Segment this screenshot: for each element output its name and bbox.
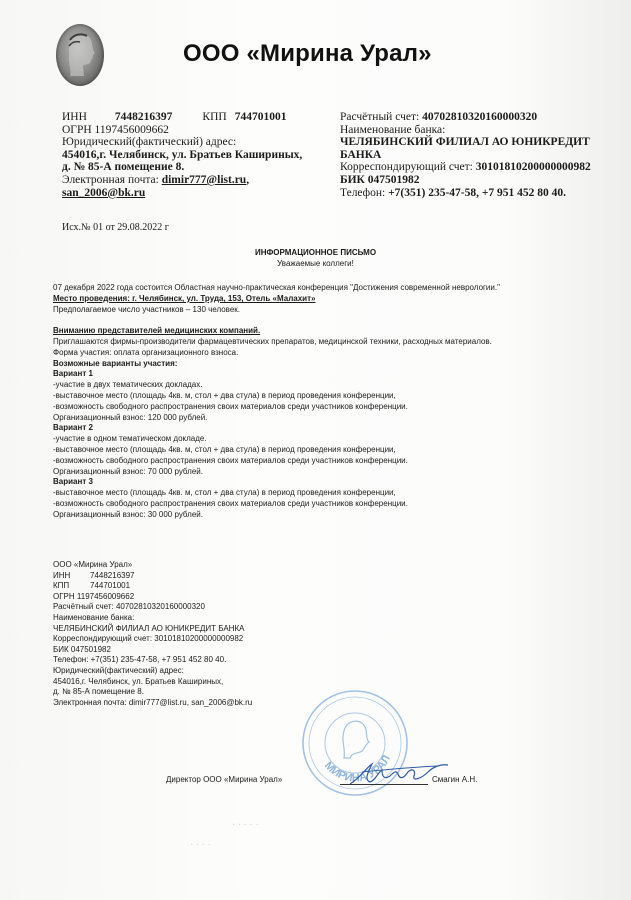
- inn-value: 7448216397: [115, 111, 173, 123]
- greeting: Уважаемые коллеги!: [0, 259, 631, 268]
- ogrn: ОГРН 1197456009662: [62, 124, 302, 137]
- email-separator: ,: [246, 174, 249, 186]
- address-line-2: д. № 85-А помещение 8.: [62, 161, 302, 174]
- req-inn-value: 7448216397: [90, 571, 135, 580]
- req-phone: Телефон: +7(351) 235-47-58, +7 951 452 8…: [53, 655, 252, 666]
- bik: БИК 047501982: [340, 174, 591, 187]
- director-title: Директор ООО «Мирина Урал»: [166, 775, 282, 784]
- options-title: Возможные варианты участия:: [53, 359, 613, 370]
- company-title: ООО «Мирина Урал»: [183, 40, 432, 68]
- email-label: Электронная почта:: [62, 174, 162, 186]
- req-inn-label: ИНН: [53, 571, 90, 582]
- option-2: Вариант 2 -участие в одном тематическом …: [53, 423, 613, 477]
- address-label: Юридический(фактический) адрес:: [62, 136, 302, 149]
- attention-heading: Вниманию представителей медицинских комп…: [53, 326, 613, 337]
- req-bank-label: Наименование банка:: [53, 613, 252, 624]
- kpp-label: КПП: [202, 111, 226, 123]
- option-item: -возможность свободного распространения …: [53, 499, 613, 510]
- option-1: Вариант 1 -участие в двух тематических д…: [53, 369, 613, 423]
- option-item: -выставочное место (площадь 4кв. м, стол…: [53, 488, 613, 499]
- venue: Место проведения: г. Челябинск, ул. Труд…: [53, 294, 613, 305]
- req-corr: Корреспондирующий счет: 3010181020000000…: [53, 634, 252, 645]
- option-item: -выставочное место (площадь 4кв. м, стол…: [53, 445, 613, 456]
- director-name: Смагин А.Н.: [432, 775, 477, 784]
- phone-label: Телефон:: [340, 187, 388, 199]
- req-address-line-1: 454016,г. Челябинск, ул. Братьев Каширин…: [53, 677, 252, 688]
- kpp-value: 744701001: [235, 111, 287, 123]
- letter-body: 07 декабря 2022 года состоится Областная…: [53, 283, 613, 521]
- option-fee: Организационный взнос: 70 000 рублей.: [53, 467, 613, 478]
- bank-name-line-2: БАНКА: [340, 149, 591, 162]
- email-link-1[interactable]: dimir777@list.ru: [162, 174, 247, 186]
- phone-value: +7(351) 235-47-58, +7 951 452 80 40.: [388, 187, 566, 199]
- option-item: -участие в двух тематических докладах.: [53, 380, 613, 391]
- option-fee: Организационный взнос: 120 000 рублей.: [53, 413, 613, 424]
- req-address-line-2: д. № 85-А помещение 8.: [53, 687, 252, 698]
- req-account: Расчётный счет: 40702810320160000320: [53, 602, 252, 613]
- participation-form: Форма участия: оплата организационного в…: [53, 348, 613, 359]
- req-kpp-value: 744701001: [90, 581, 130, 590]
- bank-name-line-1: ЧЕЛЯБИНСКИЙ ФИЛИАЛ АО ЮНИКРЕДИТ: [340, 136, 591, 149]
- req-kpp-label: КПП: [53, 581, 90, 592]
- option-title: Вариант 1: [53, 369, 613, 380]
- option-title: Вариант 3: [53, 477, 613, 488]
- req-address-label: Юридический(фактический) адрес:: [53, 666, 252, 677]
- attendance: Предполагаемое число участников – 130 че…: [53, 305, 613, 316]
- outgoing-reference: Исх.№ 01 от 29.08.2022 г: [62, 222, 169, 233]
- option-item: -возможность свободного распространения …: [53, 456, 613, 467]
- account-label: Расчётный счет:: [340, 111, 422, 123]
- req-ogrn: ОГРН 1197456009662: [53, 592, 252, 603]
- corr-label: Корреспондирующий счет:: [340, 161, 476, 173]
- invitation: Приглашаются фирмы-производители фармаце…: [53, 337, 613, 348]
- req-bik: БИК 047501982: [53, 645, 252, 656]
- option-fee: Организационный взнос: 30 000 рублей.: [53, 510, 613, 521]
- company-details: ИНН7448216397КПП744701001 ОГРН 119745600…: [62, 111, 302, 199]
- option-item: -выставочное место (площадь 4кв. м, стол…: [53, 391, 613, 402]
- document-page: ООО «Мирина Урал» ИНН7448216397КПП744701…: [0, 0, 631, 900]
- email-link-2[interactable]: san_2006@bk.ru: [62, 187, 145, 199]
- option-title: Вариант 2: [53, 423, 613, 434]
- coin-profile-icon: [56, 24, 104, 86]
- bleed-through-text: · · · ·: [190, 840, 211, 851]
- req-company: ООО «Мирина Урал»: [53, 560, 252, 571]
- letter-heading: ИНФОРМАЦИОННОЕ ПИСЬМО: [0, 248, 631, 257]
- account-value: 40702810320160000320: [422, 111, 537, 123]
- corr-value: 30101810200000000982: [476, 161, 591, 173]
- bank-details: Расчётный счет: 40702810320160000320 Наи…: [340, 111, 591, 199]
- bank-label: Наименование банка:: [340, 124, 591, 137]
- bleed-through-text: · · · · ·: [232, 820, 259, 831]
- option-3: Вариант 3 -выставочное место (площадь 4к…: [53, 477, 613, 520]
- intro: 07 декабря 2022 года состоится Областная…: [53, 283, 613, 294]
- requisites-block: ООО «Мирина Урал» ИНН7448216397 КПП74470…: [53, 560, 252, 708]
- req-bank-name: ЧЕЛЯБИНСКИЙ ФИЛИАЛ АО ЮНИКРЕДИТ БАНКА: [53, 624, 252, 635]
- req-email: Электронная почта: dimir777@list.ru, san…: [53, 698, 252, 709]
- address-line-1: 454016,г. Челябинск, ул. Братьев Каширин…: [62, 149, 302, 162]
- option-item: -участие в одном тематическом докладе.: [53, 434, 613, 445]
- option-item: -возможность свободного распространения …: [53, 402, 613, 413]
- inn-label: ИНН: [62, 111, 87, 123]
